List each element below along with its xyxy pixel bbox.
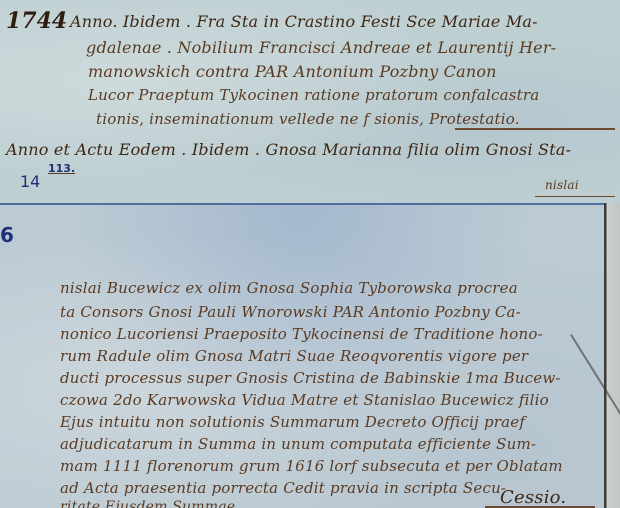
upper-line-1: Anno. Ibidem . Fra Sta in Crastino Festi… — [70, 12, 538, 31]
lower-line-11: ritate Ejusdem Summae. — [60, 499, 240, 508]
folio-reference: 113. — [48, 162, 75, 175]
upper-line-3: manowskich contra PAR Antonium Pozbny Ca… — [88, 62, 497, 81]
lower-line-6: czowa 2do Karwowska Vidua Matre et Stani… — [60, 391, 549, 409]
upper-line-2: gdalenae . Nobilium Francisci Andreae et… — [86, 38, 556, 57]
page-binding-edge — [604, 203, 620, 508]
margin-mark: 14 — [20, 172, 40, 191]
second-entry-line: Anno et Actu Eodem . Ibidem . Gnosa Mari… — [6, 140, 571, 159]
manuscript-page: 1744 Anno. Ibidem . Fra Sta in Crastino … — [0, 0, 620, 508]
second-entry-continuation: nislai — [545, 178, 579, 192]
entry-number: 1744 — [6, 8, 67, 34]
cessio-label: Cessio. — [500, 487, 566, 508]
lower-sheet: 6 nislai Bucewicz ex olim Gnosa Sophia T… — [0, 203, 604, 508]
lower-line-3: nonico Lucoriensi Praeposito Tykocinensi… — [60, 325, 543, 343]
lower-line-5: ducti processus super Gnosis Cristina de… — [60, 369, 561, 387]
upper-line-5: tionis, inseminationum vellede ne f sion… — [96, 110, 520, 128]
lower-line-2: ta Consors Gnosi Pauli Wnorowski PAR Ant… — [60, 303, 521, 321]
lower-line-1: nislai Bucewicz ex olim Gnosa Sophia Tyb… — [60, 279, 518, 297]
lower-line-10: ad Acta praesentia porrecta Cedit pravia… — [60, 479, 506, 497]
lower-line-9: mam 1111 florenorum grum 1616 lorf subse… — [60, 457, 563, 475]
lower-line-4: rum Radule olim Gnosa Matri Suae Reoqvor… — [60, 347, 528, 365]
second-entry-underline — [535, 196, 615, 197]
lower-line-7: Ejus intuitu non solutionis Summarum Dec… — [60, 413, 525, 431]
lower-margin-mark: 6 — [0, 223, 14, 247]
upper-line-4: Lucor Praeptum Tykocinen ratione pratoru… — [88, 86, 539, 104]
upper-sheet: 1744 Anno. Ibidem . Fra Sta in Crastino … — [0, 0, 620, 203]
protestatio-underline — [455, 128, 615, 130]
lower-line-8: adjudicatarum in Summa in unum computata… — [60, 435, 536, 453]
